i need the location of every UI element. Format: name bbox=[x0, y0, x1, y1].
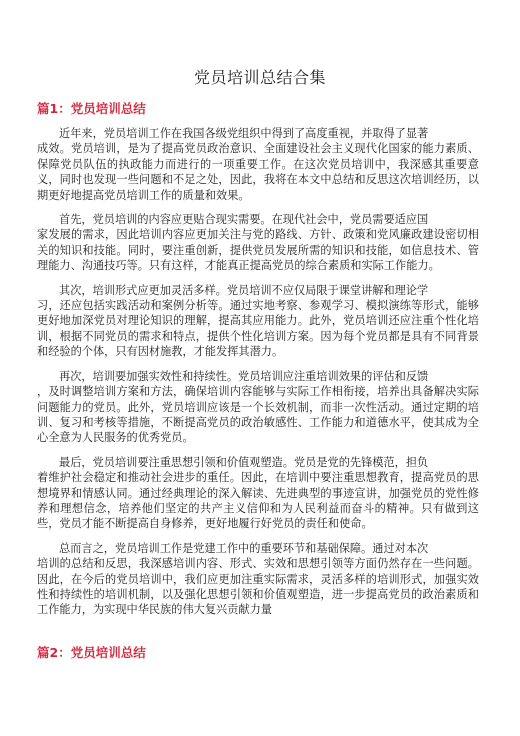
paragraph-2-body: 家发展的需求，因此培训内容应更加关注与党的路线、方针、政策和党风廉政建设密切相关… bbox=[37, 227, 479, 273]
paragraph-3: 其次，培训形式应更加灵活多样。党员培训不应仅局限于课堂讲解和理论学 习，还应包括… bbox=[37, 283, 479, 360]
paragraph-6: 总而言之，党员培训工作是党建工作中的重要环节和基础保障。通过对本次 培训的总结和… bbox=[37, 541, 479, 618]
paragraph-6-body: 培训的总结和反思，我深感培训内容、形式、实效和思想引领等方面仍然存在一些问题。因… bbox=[37, 556, 479, 618]
paragraph-5-body: 着维护社会稳定和推动社会进步的重任。因此，在培训中要注重思想教育，提高党员的思想… bbox=[37, 470, 479, 532]
paragraph-4-first-line: 再次，培训要加强实效性和持续性。党员培训应注重培训效果的评估和反馈 bbox=[37, 369, 479, 384]
paragraph-5: 最后，党员培训要注重思想引领和价值观塑造。党员是党的先锋模范，担负 着维护社会稳… bbox=[37, 455, 479, 532]
paragraph-5-first-line: 最后，党员培训要注重思想引领和价值观塑造。党员是党的先锋模范，担负 bbox=[37, 455, 479, 470]
paragraph-4: 再次，培训要加强实效性和持续性。党员培训应注重培训效果的评估和反馈 ，及时调整培… bbox=[37, 369, 479, 446]
paragraph-1: 近年来，党员培训工作在我国各级党组织中得到了高度重视，并取得了显著 成效。党员培… bbox=[37, 126, 479, 203]
document-title: 党员培训总结合集 bbox=[0, 65, 520, 88]
paragraph-2-first-line: 首先，党员培训的内容应更贴合现实需要。在现代社会中，党员需要适应国 bbox=[37, 212, 479, 227]
paragraph-4-body: ，及时调整培训方案和方法，确保培训内容能够与实际工作相衔接，培养出具备解决实际问… bbox=[37, 384, 479, 446]
paragraph-1-first-line: 近年来，党员培训工作在我国各级党组织中得到了高度重视，并取得了显著 bbox=[37, 126, 479, 141]
document-page: 党员培训总结合集 篇1：党员培训总结 近年来，党员培训工作在我国各级党组织中得到… bbox=[0, 0, 520, 736]
paragraph-6-first-line: 总而言之，党员培训工作是党建工作中的重要环节和基础保障。通过对本次 bbox=[37, 541, 479, 556]
paragraph-3-body: 习，还应包括实践活动和案例分析等。通过实地考察、参观学习、模拟演练等形式，能够更… bbox=[37, 298, 479, 360]
paragraph-3-first-line: 其次，培训形式应更加灵活多样。党员培训不应仅局限于课堂讲解和理论学 bbox=[37, 283, 479, 298]
paragraph-2: 首先，党员培训的内容应更贴合现实需要。在现代社会中，党员需要适应国 家发展的需求… bbox=[37, 212, 479, 274]
section-1-body: 近年来，党员培训工作在我国各级党组织中得到了高度重视，并取得了显著 成效。党员培… bbox=[37, 126, 479, 627]
section-heading-1: 篇1：党员培训总结 bbox=[37, 99, 146, 117]
section-heading-2: 篇2：党员培训总结 bbox=[37, 643, 146, 661]
paragraph-1-body: 成效。党员培训，是为了提高党员政治意识、全面建设社会主义现代化国家的能力素质、保… bbox=[37, 141, 479, 203]
